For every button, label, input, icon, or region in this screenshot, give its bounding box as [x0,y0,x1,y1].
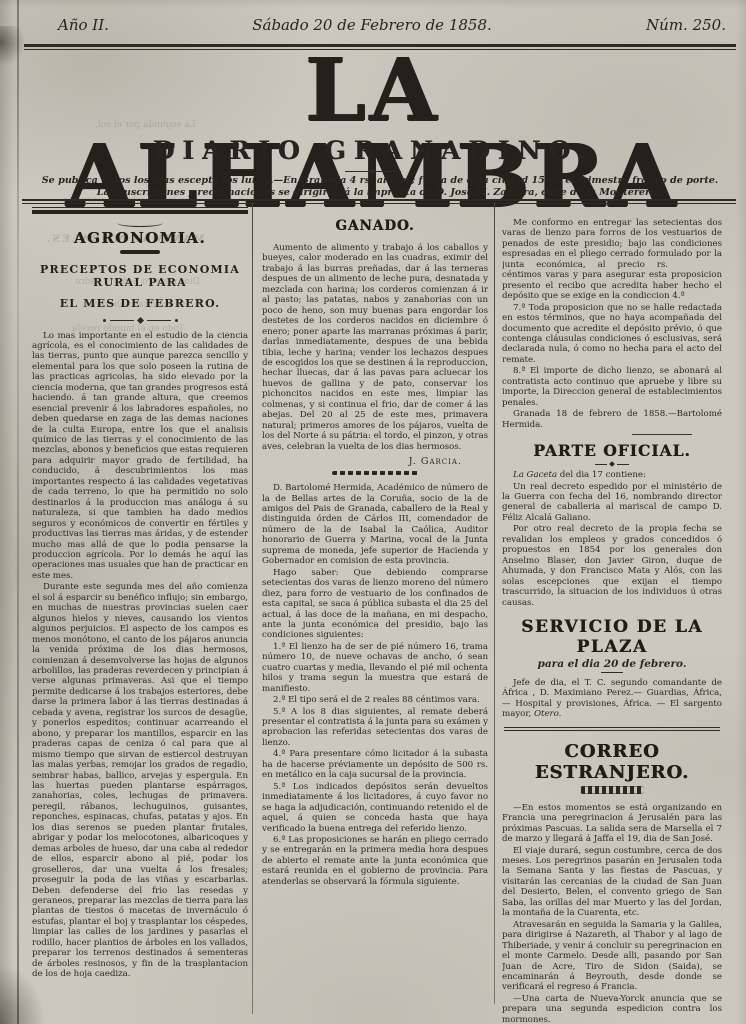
official-paragraph: Un real decreto espedido por el ministér… [502,482,722,524]
article-paragraph: Aumento de alimento y trabajo á los caba… [262,243,488,452]
section-title-correo: CORREO ESTRANJERO. [502,741,722,783]
section-title-agronomia: AGRONOMIA. [32,229,248,247]
column-rule [494,202,495,1004]
notice-condition: 6.ª Las proposiciones se harán en pliego… [262,835,488,887]
divider-ornament [345,169,401,173]
notice-condition: 4.ª Para presentare cómo licitador á la … [262,749,488,780]
notice-condition: 1.ª El lienzo ha de ser de pié número 16… [262,642,488,694]
divider-ornament [120,250,160,254]
section-title-parte-oficial: PARTE OFICIAL. [502,441,722,460]
column-ganado: GANADO. Aumento de alimento y trabajo á … [262,202,488,1024]
notice-paragraph: Hago saber: Que debiendo comprarse setec… [262,568,488,641]
proposal-text: céntimos varas y para asegurar esta prop… [502,270,722,301]
issue-header: Sábado 20 de Febrero de 1858. Año II. Nú… [58,16,726,34]
notice-condition: 5.ª A los 8 dias siguientes, al remate d… [262,707,488,749]
issue-year: Año II. [58,16,109,34]
column-agronomia: AGRONOMIA. PRECEPTOS DE ECONOMIA RURAL P… [32,202,248,1024]
section-top-bar [32,207,248,214]
author-signature: J. Garcia. [262,456,488,467]
servicio-paragraph: Jefe de dia, el T. C. segundo comandante… [502,678,722,720]
gaceta-name: La Gaceta [513,470,557,480]
notice-condition: 7.ª Toda proposicion que no se halle red… [502,303,722,366]
news-paragraph: —Una carta de Nueva-Yorck anuncia que se… [502,994,722,1024]
article-subtitle-line: EL MES DE FEBRERO. [32,297,248,310]
gaceta-lead: La Gaceta del dia 17 contiene: [502,470,722,480]
notice-dateline: Granada 18 de febrero de 1858.—Bartolomé… [502,409,722,430]
section-title-ganado: GANADO. [262,218,488,234]
divider-rule [601,672,623,673]
issue-number: Núm. 250. [646,16,726,34]
section-title-servicio: SERVICIO DE LA PLAZA [502,617,722,657]
divider-ornament [580,786,644,794]
official-paragraph: Por otro real decreto de la propia fecha… [502,524,722,608]
news-paragraph: —En estos momentos se está organizando e… [502,803,722,845]
notice-condition: 8.ª El importe de dicho lienzo, se abona… [502,366,722,408]
issue-date: Sábado 20 de Febrero de 1858. [58,16,686,34]
subscription-info-line: Las suscriciones y reclamaciones se diri… [30,187,730,198]
divider-rule [632,434,692,435]
article-paragraph: Durante este segunda mes del año comienz… [32,582,248,979]
publication-info-line: Se publica todos los dias escepto los lu… [30,175,730,186]
column-rule [252,202,253,1014]
divider-ornament [502,462,722,466]
article-subtitle-line: PRECEPTOS DE ECONOMIA RURAL PARA [32,263,248,289]
gaceta-lead-rest: del dia 17 contiene: [557,470,646,480]
article-paragraph: Lo mas importante en el estudio de la ci… [32,331,248,582]
newspaper-subtitle: DIARIO GRANADINO. [0,136,746,165]
notice-paragraph: D. Bartolomé Hermida, Académico de númer… [262,483,488,567]
newspaper-page: La segunda por el sol, en la Alhambra en… [0,0,746,1024]
proposal-text: Me conformo en entregar las setecientas … [502,218,722,270]
notice-condition: 2.ª El tipo será el de 2 reales 88 cénti… [262,695,488,705]
column-oficial: Me conformo en entregar las setecientas … [502,202,722,1024]
divider-rule [504,727,720,731]
notice-condition: 5.ª Los indicados depósitos serán devuel… [262,782,488,834]
servicio-date-line: para el dia 20 de febrero. [502,658,722,670]
sargento-name: Otero. [534,709,561,719]
proposal-paragraph: Me conformo en entregar las setecientas … [502,218,722,302]
divider-ornament [332,471,418,475]
divider-ornament [32,318,248,323]
news-paragraph: El viaje durará, segun costumbre, cerca … [502,846,722,919]
divider-ornament [117,219,163,227]
news-paragraph: Atravesarán en seguida la Samaria y la G… [502,920,722,993]
